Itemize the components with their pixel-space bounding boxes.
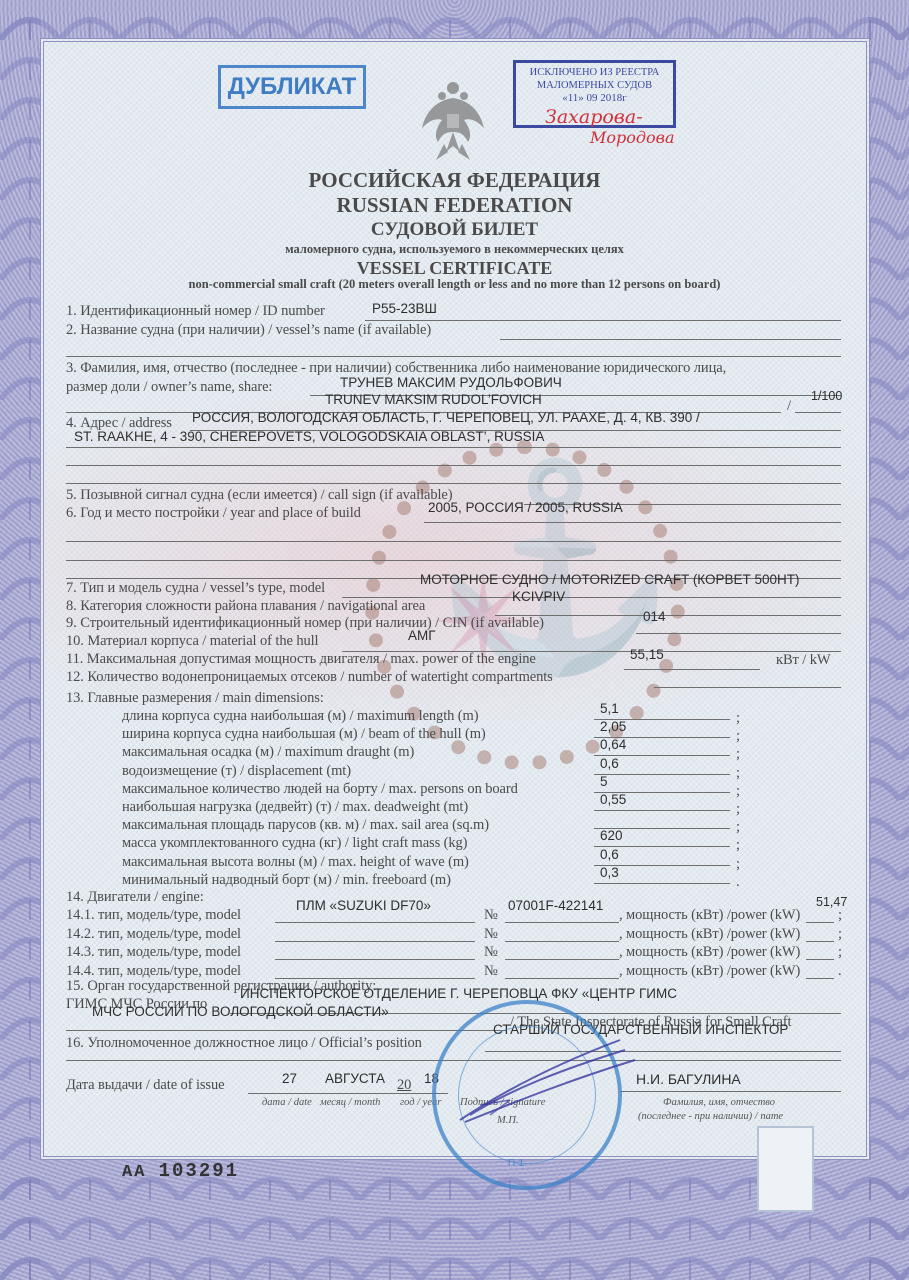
engine-row-label: 14.3. тип, модель/type, model bbox=[66, 944, 241, 961]
field-4-address-ru: РОССИЯ, ВОЛОГОДСКАЯ ОБЛАСТЬ, Г. ЧЕРЕПОВЕ… bbox=[192, 410, 700, 425]
handwritten-name-line1: Захарова- bbox=[545, 106, 643, 128]
excluded-year-suffix: 18 bbox=[611, 92, 622, 104]
coat-of-arms-eagle-icon bbox=[418, 80, 488, 165]
engine-number-underline bbox=[505, 941, 619, 942]
engine-row-terminator: ; bbox=[838, 926, 842, 943]
excluded-stamp-date: «11» 09 2018г bbox=[516, 92, 673, 105]
field-8-label: 8. Категория сложности района плавания /… bbox=[66, 598, 425, 615]
dimension-value: 0,55 bbox=[600, 792, 626, 807]
dimension-label: наибольшая нагрузка (дедвейт) (т) / max.… bbox=[122, 799, 468, 816]
field-12-label: 12. Количество водонепроницаемых отсеков… bbox=[66, 669, 553, 686]
field-3-share-separator: / bbox=[787, 398, 791, 415]
issue-date-label: Дата выдачи / date of issue bbox=[66, 1077, 224, 1094]
field-13-label: 13. Главные размерения / main dimensions… bbox=[66, 690, 324, 707]
dimension-terminator: ; bbox=[736, 710, 740, 727]
field-6-label: 6. Год и место постройки / year and plac… bbox=[66, 505, 361, 522]
field-11-max-engine-power: 55,15 bbox=[630, 647, 664, 662]
field-15-authority-line1: ИНСПЕКТОРСКОЕ ОТДЕЛЕНИЕ Г. ЧЕРЕПОВЦА ФКУ… bbox=[240, 986, 677, 1001]
dimension-value: 0,6 bbox=[600, 756, 619, 771]
excluded-day: 11 bbox=[568, 92, 579, 104]
issue-month: АВГУСТА bbox=[325, 1071, 385, 1086]
dimension-value: 5 bbox=[600, 774, 608, 789]
seal-place-mark: М.П. bbox=[497, 1115, 519, 1126]
engine-number-sign: № bbox=[484, 907, 498, 924]
handwritten-name-line2: Мородова bbox=[590, 128, 675, 147]
field-7-label: 7. Тип и модель судна / vessel’s type, m… bbox=[66, 580, 325, 597]
serial-number: АА 103291 bbox=[122, 1160, 239, 1182]
name-caption-line1: Фамилия, имя, отчество bbox=[663, 1097, 775, 1108]
engine-power-label: , мощность (кВт) /power (kW) bbox=[619, 926, 800, 943]
engine-row-terminator: ; bbox=[838, 907, 842, 924]
excluded-year-prefix: 20 bbox=[600, 92, 611, 104]
field-7-vessel-type-model: МОТОРНОЕ СУДНО / MOTORIZED CRAFT (КОРВЕТ… bbox=[420, 572, 800, 587]
caption-date: дата / date bbox=[262, 1097, 312, 1108]
dimension-terminator: ; bbox=[736, 819, 740, 836]
hologram-box bbox=[757, 1126, 814, 1212]
engine-number-underline bbox=[505, 959, 619, 960]
field-3-label-line2: размер доли / owner’s name, share: bbox=[66, 379, 272, 396]
engine-power-underline bbox=[806, 922, 834, 923]
issue-year-prefix: 20 bbox=[397, 1077, 411, 1094]
dimension-label: длина корпуса судна наибольшая (м) / max… bbox=[122, 708, 478, 725]
engine-row-terminator: ; bbox=[838, 944, 842, 961]
dimension-label: ширина корпуса судна наибольшая (м) / be… bbox=[122, 726, 486, 743]
engine-model-underline bbox=[275, 959, 475, 960]
engine-row-label: 14.1. тип, модель/type, model bbox=[66, 907, 241, 924]
caption-signature: Подпись / signature bbox=[460, 1097, 545, 1108]
serial-series: АА bbox=[122, 1163, 146, 1182]
dimension-value: 620 bbox=[600, 828, 623, 843]
field-1-label: 1. Идентификационный номер / ID number bbox=[66, 303, 325, 320]
engine-power-underline bbox=[806, 959, 834, 960]
engine-number-underline bbox=[505, 978, 619, 979]
engine-power-underline bbox=[806, 941, 834, 942]
field-4-address-en: ST. RAAKHE, 4 - 390, CHEREPOVETS, VOLOGO… bbox=[74, 429, 544, 444]
engine-power-label: , мощность (кВт) /power (kW) bbox=[619, 944, 800, 961]
duplicate-stamp: ДУБЛИКАТ bbox=[218, 65, 366, 109]
engine-power-label: , мощность (кВт) /power (kW) bbox=[619, 963, 800, 980]
field-6-year-place-of-build: 2005, РОССИЯ / 2005, RUSSIA bbox=[428, 500, 623, 515]
field-3-share: 1/100 bbox=[811, 389, 842, 403]
document-subtitle-en: non-commercial small craft (20 meters ov… bbox=[0, 277, 909, 292]
serial-number-value: 103291 bbox=[159, 1160, 239, 1182]
dimension-value: 0,3 bbox=[600, 865, 619, 880]
dimension-underline bbox=[594, 883, 730, 884]
engine-model-underline bbox=[275, 922, 475, 923]
dimension-label: максимальная площадь парусов (кв. м) / m… bbox=[122, 817, 489, 834]
dimension-label: водоизмещение (т) / displacement (mt) bbox=[122, 763, 351, 780]
caption-month: месяц / month bbox=[320, 1097, 380, 1108]
excluded-month: 09 bbox=[587, 92, 598, 104]
dimension-label: максимальное количество людей на борту /… bbox=[122, 781, 518, 798]
field-14-label: 14. Двигатели / engine: bbox=[66, 889, 204, 906]
dimension-label: минимальный надводный борт (м) / min. fr… bbox=[122, 872, 451, 889]
dimension-terminator: ; bbox=[736, 837, 740, 854]
dimension-terminator: . bbox=[736, 874, 740, 891]
document-subtitle-ru: маломерного судна, используемого в неком… bbox=[0, 242, 909, 257]
engine-power-underline bbox=[806, 978, 834, 979]
dimension-underline bbox=[594, 810, 730, 811]
engine-model-underline bbox=[275, 941, 475, 942]
official-name: Н.И. БАГУЛИНА bbox=[636, 1071, 741, 1087]
engine-row-label: 14.2. тип, модель/type, model bbox=[66, 926, 241, 943]
country-title-ru: РОССИЙСКАЯ ФЕДЕРАЦИЯ bbox=[0, 168, 909, 193]
engine-row-label: 14.4. тип, модель/type, model bbox=[66, 963, 241, 980]
document-title-en: VESSEL CERTIFICATE bbox=[0, 258, 909, 279]
engine-model: ПЛМ «SUZUKI DF70» bbox=[296, 898, 431, 913]
engine-number-sign: № bbox=[484, 944, 498, 961]
engine-number-sign: № bbox=[484, 926, 498, 943]
dimension-terminator: ; bbox=[736, 765, 740, 782]
field-15-authority-line2: МЧС РОССИИ ПО ВОЛОГОДСКОЙ ОБЛАСТИ» bbox=[92, 1004, 389, 1019]
dimension-label: масса укомплектованного судна (кг) / lig… bbox=[122, 835, 467, 852]
dimension-terminator: ; bbox=[736, 746, 740, 763]
excluded-stamp-line2: МАЛОМЕРНЫХ СУДОВ bbox=[516, 79, 673, 92]
dimension-terminator: ; bbox=[736, 783, 740, 800]
field-10-hull-material: АМГ bbox=[408, 628, 436, 643]
dimension-value: 0,64 bbox=[600, 737, 626, 752]
engine-power-value: 51,47 bbox=[816, 895, 847, 909]
field-9-label: 9. Строительный идентификационный номер … bbox=[66, 615, 544, 632]
excluded-stamp-line1: ИСКЛЮЧЕНО ИЗ РЕЕСТРА bbox=[516, 66, 673, 79]
dimension-value: 0,6 bbox=[600, 847, 619, 862]
field-16-label: 16. Уполномоченное должностное лицо / Of… bbox=[66, 1035, 422, 1052]
dimension-terminator: ; bbox=[736, 856, 740, 873]
field-8-navigational-area: KCIVPIV bbox=[512, 589, 565, 604]
seal-code: П-1 bbox=[508, 1158, 524, 1169]
dimension-value: 5,1 bbox=[600, 701, 619, 716]
engine-number-underline bbox=[505, 922, 619, 923]
field-11-label: 11. Максимальная допустимая мощность дви… bbox=[66, 651, 536, 668]
dimension-terminator: ; bbox=[736, 801, 740, 818]
engine-row-terminator: . bbox=[838, 963, 842, 980]
dimension-terminator: ; bbox=[736, 728, 740, 745]
dimension-label: максимальная осадка (м) / maximum draugh… bbox=[122, 744, 414, 761]
field-10-label: 10. Материал корпуса / material of the h… bbox=[66, 633, 318, 650]
document-title-ru: СУДОВОЙ БИЛЕТ bbox=[0, 219, 909, 241]
field-11-unit: кВт / kW bbox=[776, 652, 830, 669]
dimension-label: максимальная высота волны (м) / max. hei… bbox=[122, 854, 469, 871]
issue-year-suffix: 18 bbox=[424, 1071, 439, 1086]
engine-power-label: , мощность (кВт) /power (kW) bbox=[619, 907, 800, 924]
field-1-id-number: Р55-23ВШ bbox=[372, 301, 437, 316]
field-5-label: 5. Позывной сигнал судна (если имеется) … bbox=[66, 487, 452, 504]
field-3-owner-name-ru: ТРУНЕВ МАКСИМ РУДОЛЬФОВИЧ bbox=[340, 375, 562, 390]
country-title-en: RUSSIAN FEDERATION bbox=[0, 193, 909, 218]
name-caption-line2: (последнее - при наличии) / name bbox=[638, 1111, 783, 1122]
caption-year: год / year bbox=[400, 1097, 441, 1108]
dimension-underline bbox=[594, 774, 730, 775]
dimension-value: 2,05 bbox=[600, 719, 626, 734]
engine-number-sign: № bbox=[484, 963, 498, 980]
field-9-cin: 014 bbox=[643, 609, 666, 624]
engine-serial-number: 07001F-422141 bbox=[508, 898, 603, 913]
field-2-label: 2. Название судна (при наличии) / vessel… bbox=[66, 322, 431, 339]
field-16-official-position: СТАРШИЙ ГОСУДАРСТВЕННЫЙ ИНСПЕКТОР bbox=[493, 1022, 788, 1037]
issue-day: 27 bbox=[282, 1071, 297, 1086]
field-3-owner-name-en: TRUNEV MAKSIM RUDOL’FOVICH bbox=[325, 392, 542, 407]
